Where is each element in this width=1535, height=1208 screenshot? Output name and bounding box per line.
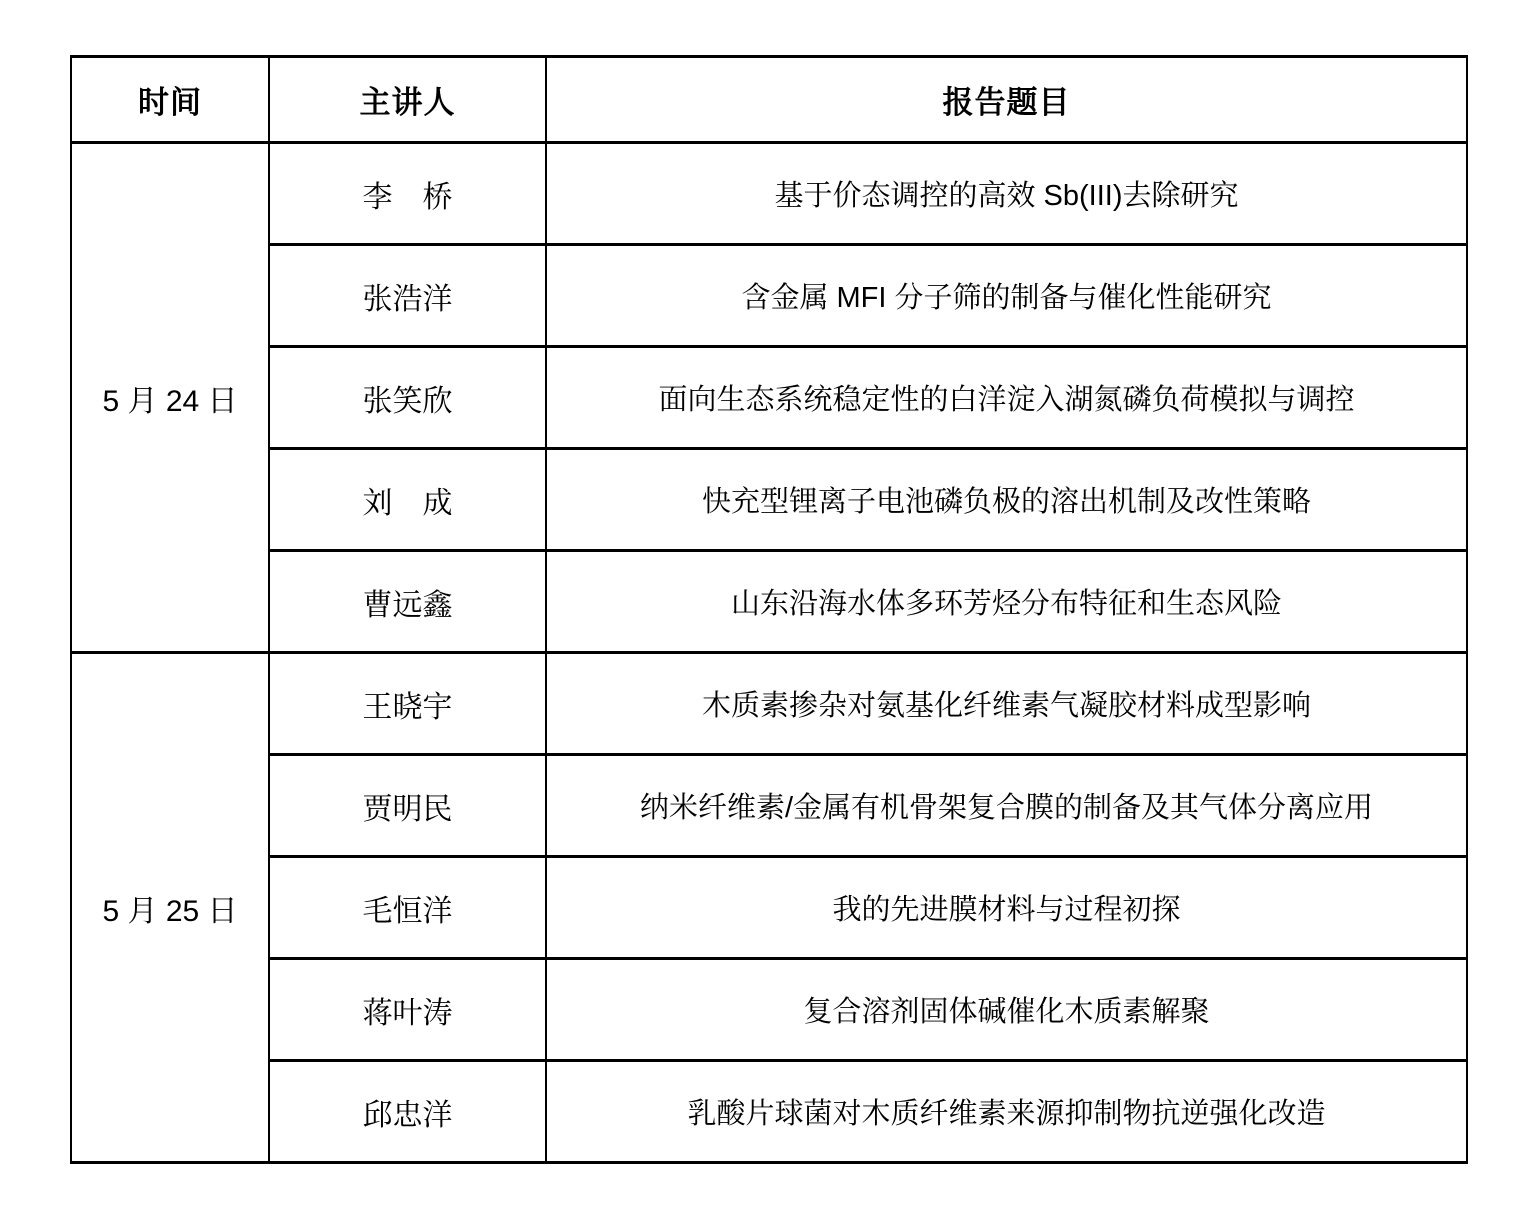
table-row: 蒋叶涛 复合溶剂固体碱催化木质素解聚 — [71, 959, 1467, 1061]
title-cell: 快充型锂离子电池磷负极的溶出机制及改性策略 — [546, 449, 1467, 551]
speaker-cell: 张浩洋 — [269, 245, 546, 347]
table-row: 张笑欣 面向生态系统稳定性的白洋淀入湖氮磷负荷模拟与调控 — [71, 347, 1467, 449]
header-time: 时间 — [71, 57, 269, 143]
date-cell-may25: 5 月 25 日 — [71, 653, 269, 1163]
speaker-cell: 刘 成 — [269, 449, 546, 551]
speaker-cell: 曹远鑫 — [269, 551, 546, 653]
header-title: 报告题目 — [546, 57, 1467, 143]
title-cell: 我的先进膜材料与过程初探 — [546, 857, 1467, 959]
title-cell: 乳酸片球菌对木质纤维素来源抑制物抗逆强化改造 — [546, 1061, 1467, 1163]
title-cell: 木质素掺杂对氨基化纤维素气凝胶材料成型影响 — [546, 653, 1467, 755]
speaker-cell: 王晓宇 — [269, 653, 546, 755]
speaker-cell: 邱忠洋 — [269, 1061, 546, 1163]
title-cell: 面向生态系统稳定性的白洋淀入湖氮磷负荷模拟与调控 — [546, 347, 1467, 449]
speaker-cell: 李 桥 — [269, 143, 546, 245]
title-cell: 基于价态调控的高效 Sb(III)去除研究 — [546, 143, 1467, 245]
speaker-cell: 毛恒洋 — [269, 857, 546, 959]
table-row: 毛恒洋 我的先进膜材料与过程初探 — [71, 857, 1467, 959]
title-cell: 山东沿海水体多环芳烃分布特征和生态风险 — [546, 551, 1467, 653]
title-cell: 复合溶剂固体碱催化木质素解聚 — [546, 959, 1467, 1061]
table-row: 5 月 25 日 王晓宇 木质素掺杂对氨基化纤维素气凝胶材料成型影响 — [71, 653, 1467, 755]
header-speaker: 主讲人 — [269, 57, 546, 143]
table-row: 张浩洋 含金属 MFI 分子筛的制备与催化性能研究 — [71, 245, 1467, 347]
table-row: 邱忠洋 乳酸片球菌对木质纤维素来源抑制物抗逆强化改造 — [71, 1061, 1467, 1163]
seminar-schedule-table: 时间 主讲人 报告题目 5 月 24 日 李 桥 基于价态调控的高效 Sb(II… — [70, 55, 1468, 1164]
table-row: 曹远鑫 山东沿海水体多环芳烃分布特征和生态风险 — [71, 551, 1467, 653]
speaker-cell: 张笑欣 — [269, 347, 546, 449]
speaker-cell: 蒋叶涛 — [269, 959, 546, 1061]
document-page: 时间 主讲人 报告题目 5 月 24 日 李 桥 基于价态调控的高效 Sb(II… — [0, 0, 1535, 1208]
title-cell: 含金属 MFI 分子筛的制备与催化性能研究 — [546, 245, 1467, 347]
header-row: 时间 主讲人 报告题目 — [71, 57, 1467, 143]
speaker-cell: 贾明民 — [269, 755, 546, 857]
title-cell: 纳米纤维素/金属有机骨架复合膜的制备及其气体分离应用 — [546, 755, 1467, 857]
table-row: 贾明民 纳米纤维素/金属有机骨架复合膜的制备及其气体分离应用 — [71, 755, 1467, 857]
date-cell-may24: 5 月 24 日 — [71, 143, 269, 653]
table-row: 刘 成 快充型锂离子电池磷负极的溶出机制及改性策略 — [71, 449, 1467, 551]
table-row: 5 月 24 日 李 桥 基于价态调控的高效 Sb(III)去除研究 — [71, 143, 1467, 245]
